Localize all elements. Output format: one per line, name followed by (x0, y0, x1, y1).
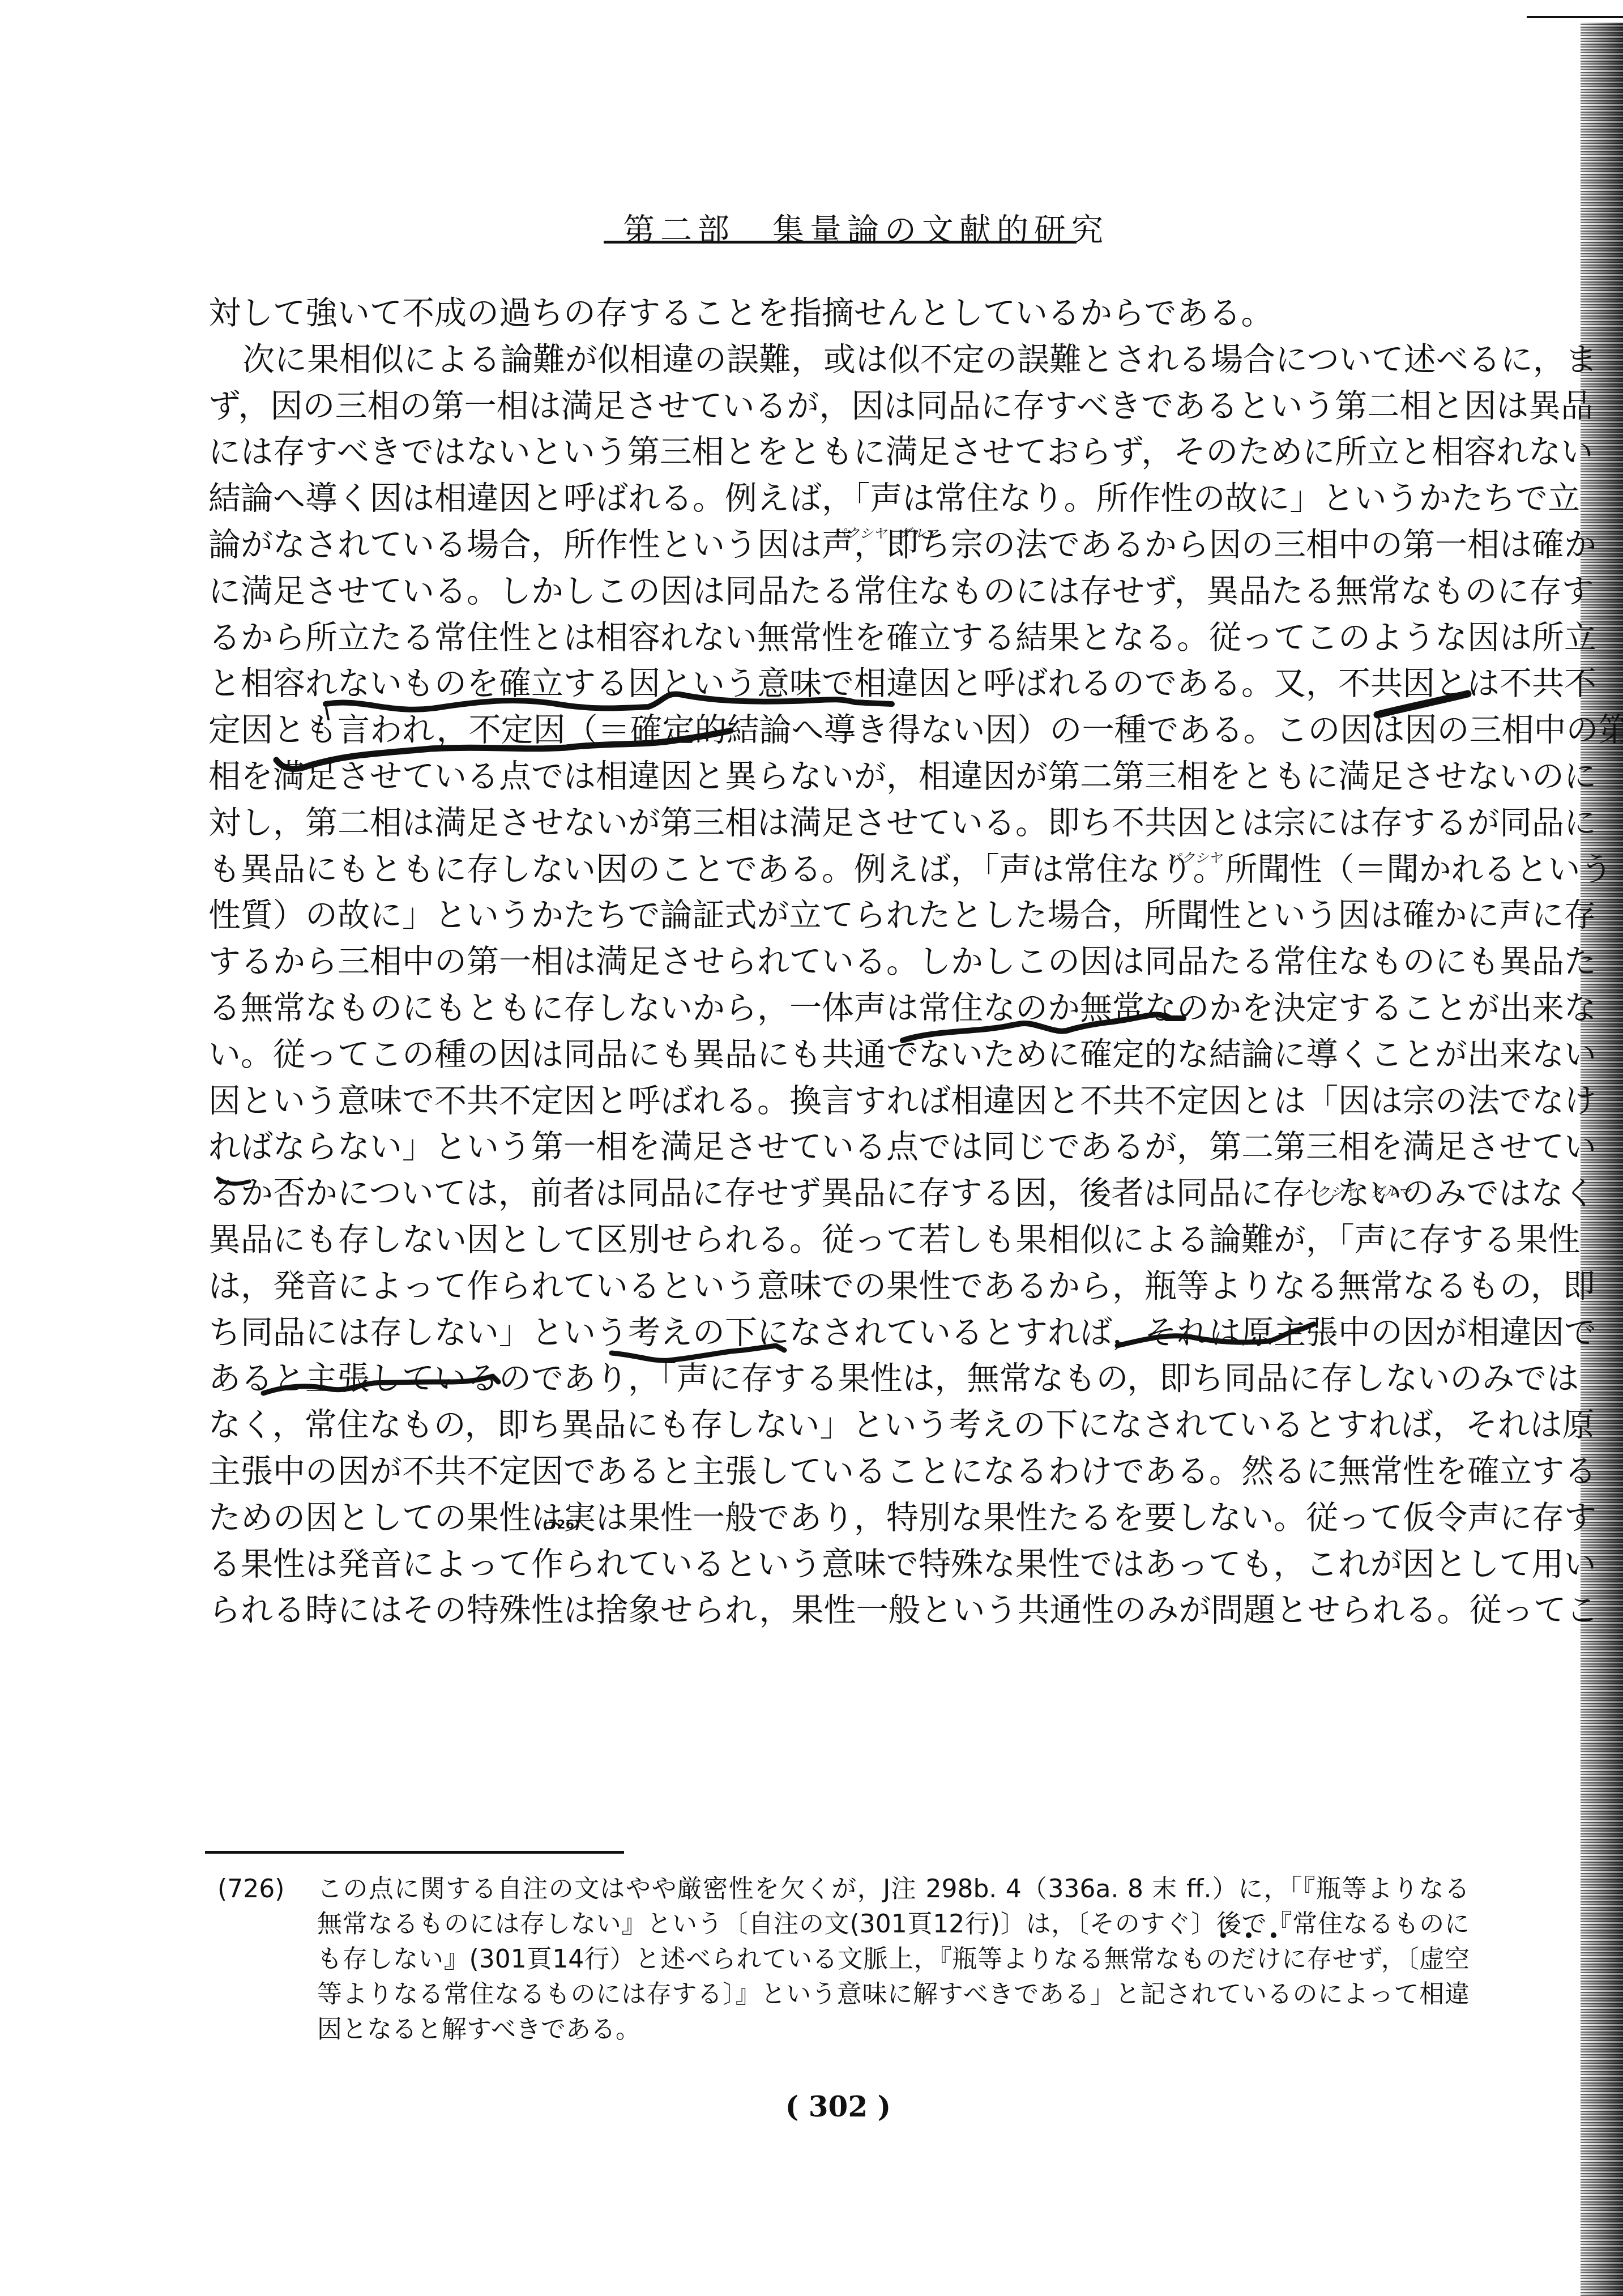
body-line: 定因とも言われ，不定因（＝確定的結論へ導き得ない因）の一種である。この因は因の三… (208, 710, 1471, 750)
ruby-gloss: パクシヤ (832, 527, 887, 540)
page-number: ( 302 ) (781, 2090, 895, 2124)
body-line: 主張中の因が不共不定因であると主張していることになるわけである。然るに無常性を確… (208, 1452, 1471, 1491)
body-line: ち同品には存しない」という考えの下になされているとすれば，それは原主張中の因が相… (208, 1313, 1471, 1352)
footnote-rule (205, 1851, 624, 1854)
body-line: なく，常住なもの，即ち異品にも存しない」という考えの下になされているとすれば，そ… (208, 1405, 1471, 1445)
footnote-label: (726) (217, 1873, 284, 1905)
footnote-reference[interactable]: (726) (543, 1519, 580, 1531)
body-line: 対して強いて不成の過ちの存することを指摘せんとしているからである。 (208, 293, 1471, 333)
emphasis-dot (1220, 1932, 1226, 1938)
body-line: には存すべきではないという第三相とをともに満足させておらず，そのために所立と相容… (208, 432, 1471, 472)
body-line: るから所立たる常住性とは相容れない無常性を確立する結果となる。従ってこのような因… (208, 618, 1471, 658)
footnote-line: この点に関する自注の文はやや厳密性を欠くが，J注 298b. 4（336a. 8… (317, 1873, 1470, 1905)
body-line: と相容れないものを確立する因という意味で相違因と呼ばれるのである。又，不共因とは… (208, 664, 1471, 703)
body-line: 異品にも存しない因として区別せられる。従って若しも果相似による論難が，「声に存す… (208, 1220, 1471, 1260)
body-line: 性質）の故に」というかたちで論証式が立てられたとした場合，所聞性という因は確かに… (208, 895, 1471, 935)
ruby-gloss: ダルマ (1370, 1185, 1411, 1199)
body-line: られる時にはその特殊性は捨象せられ，果性一般という共通性のみが問題とせられる。従… (208, 1590, 1471, 1630)
scan-border-line (1527, 16, 1623, 18)
body-line: ればならない」という第一相を満足させている点では同じであるが，第二第三相を満足さ… (208, 1127, 1471, 1167)
ruby-gloss: パクシヤ (1302, 1185, 1357, 1199)
body-line: ための因としての果性は実は果性一般であり，特別な果性たるを要しない。従って仮令声… (208, 1498, 1471, 1538)
body-line: 結論へ導く因は相違因と呼ばれる。例えば，「声は常住なり。所作性の故に」というかた… (208, 479, 1471, 518)
ruby-gloss: ダルマ (898, 527, 938, 540)
emphasis-dot (1271, 1932, 1276, 1938)
emphasis-dot (1246, 1932, 1252, 1938)
body-line: に満足させている。しかしこの因は同品たる常住なものには存せず，異品たる無常なもの… (208, 571, 1471, 611)
body-line: る無常なものにもともに存しないから，一体声は常住なのか無常なのかを決定することが… (208, 988, 1471, 1028)
running-header: 第二部 集量論の文献的研究 (623, 205, 1087, 250)
body-line: るか否かについては，前者は同品に存せず異品に存する因，後者は同品に存しないのみで… (208, 1173, 1471, 1213)
body-line: ず，因の三相の第一相は満足させているが，因は同品に存すべきであるという第二相と因… (208, 386, 1471, 426)
body-line: も異品にもともに存しない因のことである。例えば，「声は常住なり。所聞性（＝聞かれ… (208, 850, 1471, 889)
body-line: 次に果相似による論難が似相違の誤難，或は似不定の誤難とされる場合について述べるに… (208, 340, 1471, 379)
body-line: するから三相中の第一相は満足させられている。しかしこの因は同品たる常住なものにも… (208, 942, 1471, 981)
footnote-line: も存しない』(301頁14行）と述べられている文脈上，『瓶等よりなる無常なものだ… (317, 1944, 1470, 1975)
body-line: あると主張しているのであり，「声に存する果性は，無常なもの，即ち同品に存しないの… (208, 1359, 1471, 1398)
ruby-gloss: パクシヤ (1168, 851, 1222, 865)
footnote-line: 因となると解すべきである。 (317, 2014, 1470, 2046)
body-line: 因という意味で不共不定因と呼ばれる。換言すれば相違因と不共不定因とは「因は宗の法… (208, 1081, 1471, 1121)
header-rule (604, 241, 1077, 244)
body-line: は，発音によって作られているという意味での果性であるから，瓶等よりなる無常なるも… (208, 1266, 1471, 1306)
footnote-line: 等よりなる常住なるものには存する〕』という意味に解すべきである」と記されているの… (317, 1979, 1470, 2011)
body-line: 相を満足させている点では相違因と異らないが，相違因が第二第三相をともに満足させな… (208, 757, 1471, 796)
body-line: 対し，第二相は満足させないが第三相は満足させている。即ち不共因とは宗には存するが… (208, 803, 1471, 843)
scanned-book-page: 第二部 集量論の文献的研究 対して強いて不成の過ちの存することを指摘せんとしてい… (0, 0, 1623, 2296)
body-line: い。従ってこの種の因は同品にも異品にも共通でないために確定的な結論に導くことが出… (208, 1035, 1471, 1074)
footnote-line: 無常なるものには存しない』という〔自注の文(301頁12行)〕は，〔そのすぐ〕後… (317, 1909, 1470, 1940)
body-line: る果性は発音によって作られているという意味で特殊な果性ではあっても，これが因とし… (208, 1544, 1471, 1584)
